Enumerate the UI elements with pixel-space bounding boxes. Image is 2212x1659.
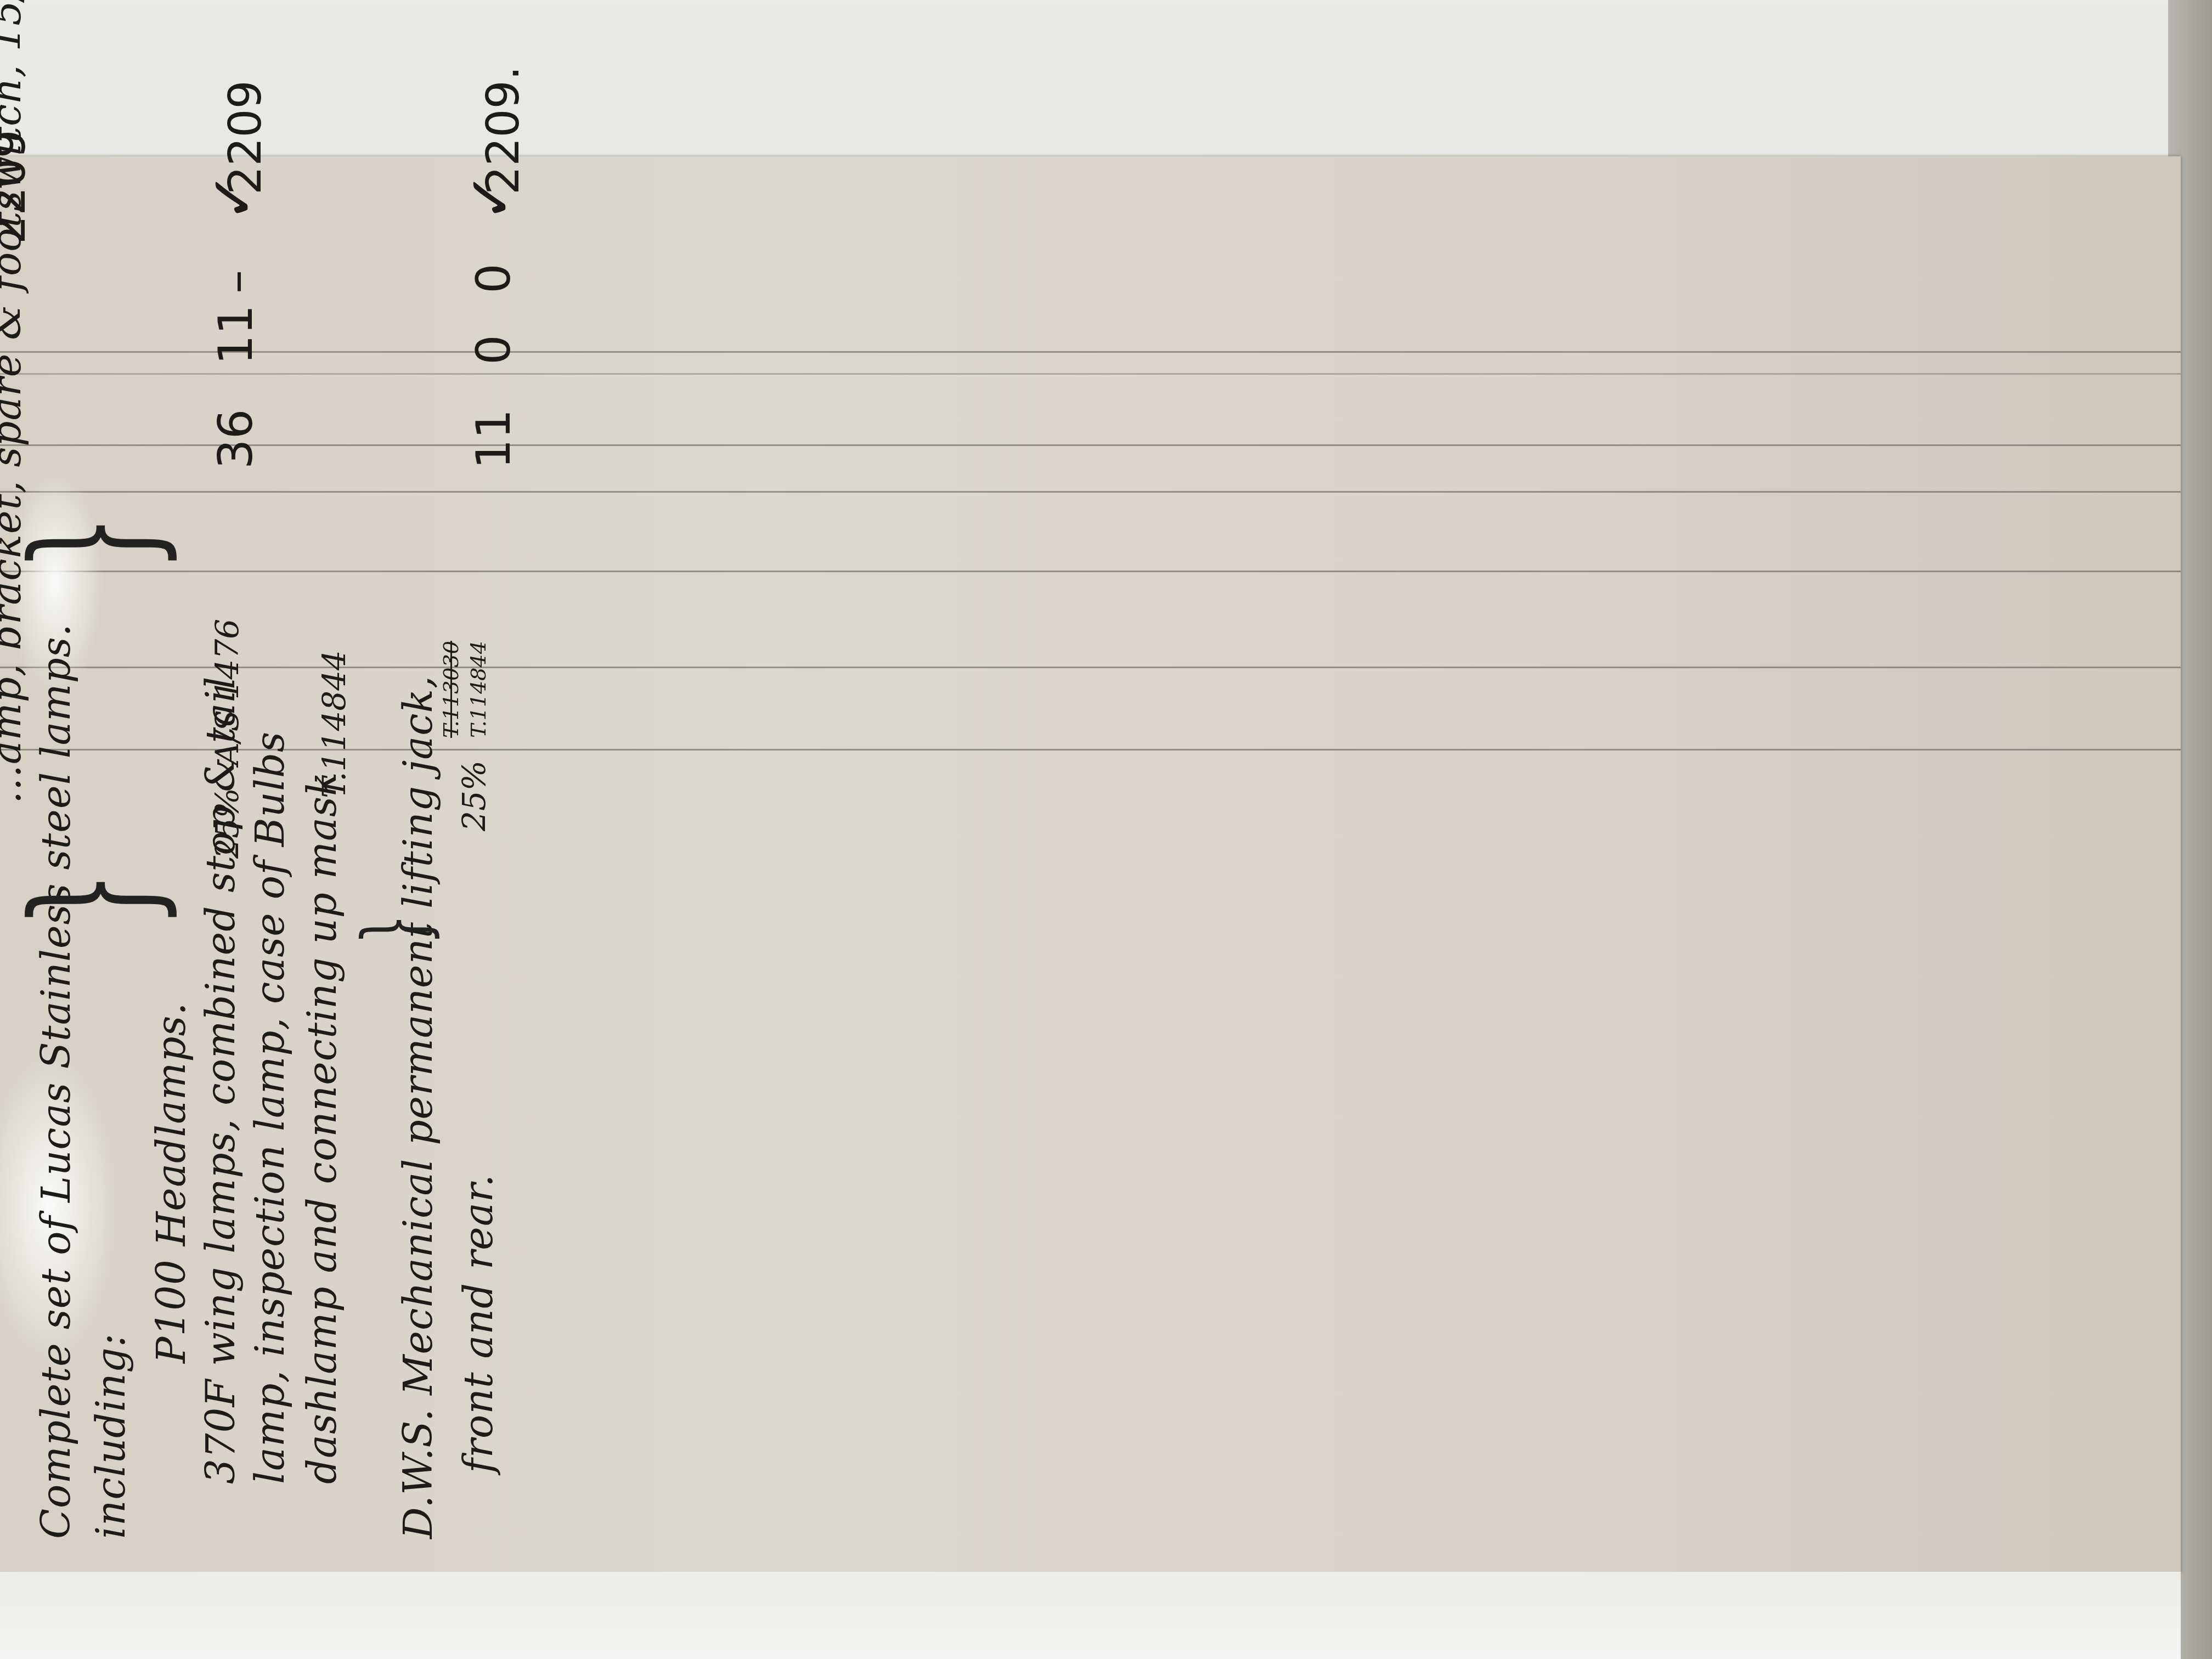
account-code: 2209.	[477, 66, 529, 195]
account-code: 2209	[0, 129, 36, 244]
reference-number: T.114844	[466, 641, 490, 738]
amount-shillings: 0	[466, 335, 521, 365]
amount-pence: 0	[466, 263, 521, 294]
ledger-content: ...amp, bracket, spare & footswitch, 15/…	[0, 156, 2181, 1572]
amount-pounds: 11	[466, 409, 521, 469]
amount-pence: –	[208, 270, 263, 294]
grouping-brace: }	[351, 914, 439, 945]
struck-reference-number: T.113030	[439, 641, 463, 738]
entry-description-line: dashlamp and connecting up mask	[299, 771, 345, 1484]
mount-border	[0, 1572, 2181, 1659]
entry-description-line: P100 Headlamps.	[148, 1002, 194, 1363]
entry-description-line: lamp, inspection lamp, case of Bulbs	[247, 731, 293, 1484]
amount-pounds: 36	[208, 409, 263, 469]
discount-rate: 25%	[208, 788, 246, 859]
grouping-brace: }	[11, 514, 176, 572]
reference-number: A/S 1476	[208, 619, 246, 765]
amount-shillings: 11	[208, 305, 263, 365]
entry-description-line: front and rear.	[455, 1174, 501, 1473]
entry-description-line: Complete set of Lucas Stainless steel la…	[33, 623, 79, 1539]
entry-description-line: ...amp, bracket, spare & footswitch, 15/…	[0, 0, 30, 804]
discount-rate: 25%	[455, 760, 493, 831]
account-code: 2209	[219, 80, 272, 195]
entry-description-line: including:	[88, 1333, 134, 1539]
reference-number: T.114844	[315, 650, 353, 798]
entry-description-line: D.W.S. Mechanical permanent lifting jack…	[395, 675, 441, 1539]
grouping-brace: }	[11, 871, 176, 928]
